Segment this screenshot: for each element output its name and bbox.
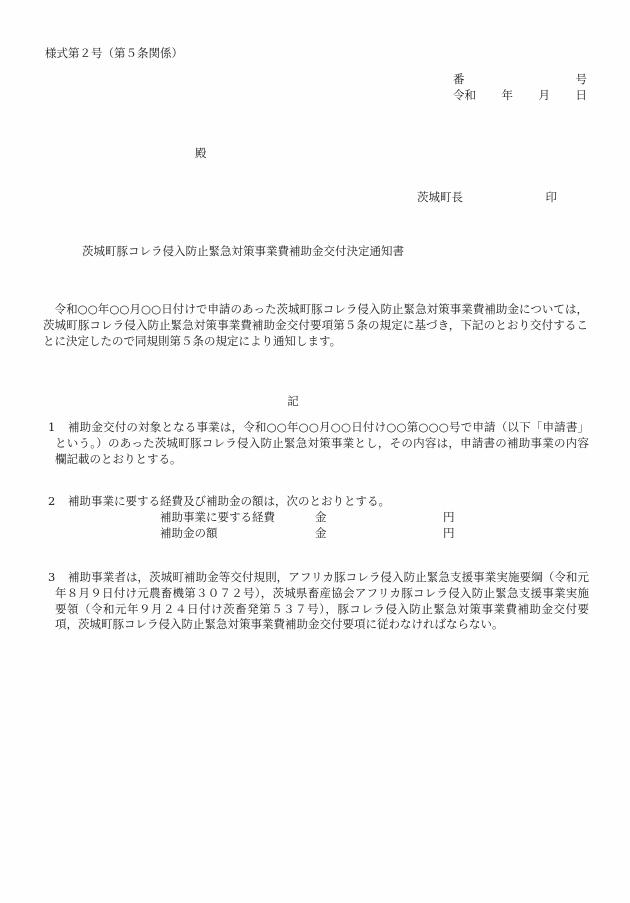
amount-prefix-expenses: 金 [315,510,443,526]
document-title: 茨城町豚コレラ侵入防止緊急対策事業費補助金交付決定通知書 [82,244,404,260]
doc-number-label: 番 [453,72,465,88]
item-3-number: 3 [48,570,55,586]
date-day-label: 日 [576,88,588,104]
signer-name: 茨城町長 [417,190,463,206]
amount-suffix-expenses: 円 [443,510,455,526]
amount-row-expenses: 補助事業に要する経費 金 円 [160,510,589,526]
amount-label-subsidy: 補助金の額 [160,526,315,542]
record-marker: 記 [43,394,543,410]
list-item-2: 2 補助事業に要する経費及び補助金の額は，次のとおりとする。 補助事業に要する経… [43,494,589,541]
list-item-3: 3 補助事業者は，茨城町補助金等交付規則，アフリカ豚コレラ侵入防止緊急支援事業実… [43,570,589,633]
body-paragraph: 令和○○年○○月○○日付けで申請のあった茨城町豚コレラ侵入防止緊急対策事業費補助… [43,302,588,349]
item-1-text: 補助金交付の対象となる事業は，令和○○年○○月○○日付け○○第○○○号で申請（以… [43,420,589,467]
date-era: 令和 [453,88,476,104]
seal-placeholder: 印 [546,190,558,206]
date-line: 令和 年 月 日 [453,88,587,104]
form-number: 様式第２号（第５条関係） [45,46,183,62]
list-item-1: 1 補助金交付の対象となる事業は，令和○○年○○月○○日付け○○第○○○号で申請… [43,420,589,467]
document-page: 様式第２号（第５条関係） 番 号 令和 年 月 日 殿 茨城町長 印 茨城町豚コ… [0,0,630,903]
date-year-label: 年 [502,88,514,104]
signer-line: 茨城町長 印 [417,190,557,206]
date-month-label: 月 [539,88,551,104]
amount-prefix-subsidy: 金 [315,526,443,542]
amount-label-expenses: 補助事業に要する経費 [160,510,315,526]
item-2-number: 2 [48,494,55,510]
item-2-text: 補助事業に要する経費及び補助金の額は，次のとおりとする。 [43,494,589,510]
recipient-honorific: 殿 [195,146,207,162]
item-3-text: 補助事業者は，茨城町補助金等交付規則，アフリカ豚コレラ侵入防止緊急支援事業実施要… [43,570,589,633]
doc-number-suffix: 号 [576,72,588,88]
document-number-line: 番 号 [453,72,587,88]
amount-suffix-subsidy: 円 [443,526,455,542]
item-1-number: 1 [48,420,55,436]
amount-row-subsidy: 補助金の額 金 円 [160,526,589,542]
